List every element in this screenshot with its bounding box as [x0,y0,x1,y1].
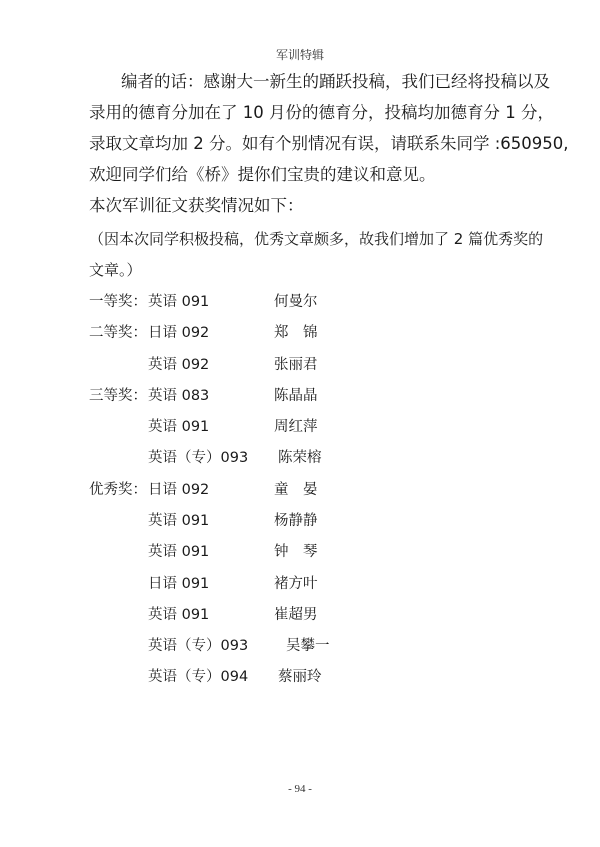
award-class: 日语 092 [148,321,209,342]
page-number: - 94 - [0,783,600,795]
editorial-line: 录用的德育分加在了 10 月份的德育分，投稿均加德育分 1 分， [89,97,519,128]
editorial-paragraph: 编者的话：感谢大一新生的踊跃投稿，我们已经将投稿以及 录用的德育分加在了 10 … [89,66,519,190]
award-name: 童 晏 [274,478,318,499]
award-class: 英语 091 [148,290,209,311]
award-category: 优秀奖： [89,478,149,499]
award-name: 吴攀一 [286,634,330,655]
award-category: 三等奖： [89,384,149,405]
award-category: 二等奖： [89,321,149,342]
award-name: 褚方叶 [274,572,318,593]
editorial-line: 欢迎同学们给《桥》提你们宝贵的建议和意见。 [89,159,519,190]
award-class: 英语 091 [148,603,209,624]
award-class: 英语（专）093 [148,634,248,655]
award-name: 蔡丽玲 [278,665,322,686]
award-class: 英语 083 [148,384,209,405]
editorial-line: 编者的话：感谢大一新生的踊跃投稿，我们已经将投稿以及 [89,66,519,97]
award-name: 杨静静 [274,509,318,530]
award-name: 郑 锦 [274,321,318,342]
awards-note-line: （因本次同学积极投稿，优秀文章颇多，故我们增加了 2 篇优秀奖的 [89,224,519,255]
page-header-title: 军训特辑 [0,46,600,63]
award-class: 英语 091 [148,540,209,561]
award-class: 英语 092 [148,353,209,374]
award-name: 张丽君 [274,353,318,374]
award-class: 英语 091 [148,415,209,436]
awards-note: （因本次同学积极投稿，优秀文章颇多，故我们增加了 2 篇优秀奖的 文章。） [89,224,519,286]
editorial-line: 录取文章均加 2 分。如有个别情况有误，请联系朱同学 :650950, [89,128,519,159]
award-name: 陈晶晶 [274,384,318,405]
award-name: 陈荣榕 [278,446,322,467]
award-category: 一等奖： [89,290,149,311]
award-name: 钟 琴 [274,540,318,561]
award-name: 周红萍 [274,415,318,436]
award-name: 崔超男 [274,603,318,624]
award-class: 日语 091 [148,572,209,593]
awards-heading-text: 本次军训征文获奖情况如下： [89,190,519,221]
award-class: 日语 092 [148,478,209,499]
award-class: 英语（专）094 [148,665,248,686]
awards-note-line: 文章。） [89,255,519,286]
award-name: 何曼尔 [274,290,318,311]
award-class: 英语（专）093 [148,446,248,467]
awards-heading: 本次军训征文获奖情况如下： [89,190,519,221]
award-class: 英语 091 [148,509,209,530]
